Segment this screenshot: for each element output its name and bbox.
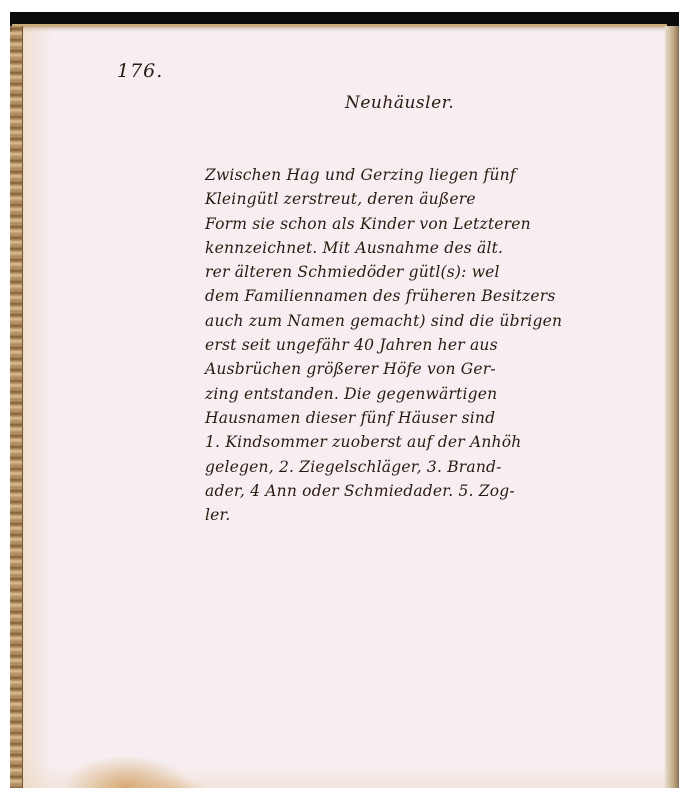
page-heading: Neuhäusler. [345, 93, 454, 113]
text-line: ler. [205, 503, 645, 527]
text-line: Kleingütl zerstreut, deren äußere [205, 187, 645, 211]
page-number: 176. [117, 60, 163, 82]
text-line: Form sie schon als Kinder von Letzteren [205, 212, 645, 236]
text-line: zing entstanden. Die gegenwärtigen [205, 382, 645, 406]
text-line: kennzeichnet. Mit Ausnahme des ält. [205, 236, 645, 260]
page-edge-left [10, 26, 23, 790]
text-line: ader, 4 Ann oder Schmiedader. 5. Zog- [205, 479, 645, 503]
page-edge-right [665, 26, 679, 790]
text-line: Hausnamen dieser fünf Häuser sind [205, 406, 645, 430]
manuscript-body: Zwischen Hag und Gerzing liegen fünf Kle… [205, 163, 645, 527]
scan-frame-bottom [10, 788, 679, 800]
text-line: gelegen, 2. Ziegelschläger, 3. Brand- [205, 455, 645, 479]
scanned-page-image: 176. Neuhäusler. Zwischen Hag und Gerzin… [0, 0, 679, 800]
text-line: Ausbrüchen größerer Höfe von Ger- [205, 357, 645, 381]
text-line: erst seit ungefähr 40 Jahren her aus [205, 333, 645, 357]
text-line: 1. Kindsommer zuoberst auf der Anhöh [205, 430, 645, 454]
text-line: Zwischen Hag und Gerzing liegen fünf [205, 163, 645, 187]
text-line: auch zum Namen gemacht) sind die übrigen [205, 309, 645, 333]
text-line: dem Familiennamen des früheren Besitzers [205, 284, 645, 308]
text-line: rer älteren Schmiedöder gütl(s): wel [205, 260, 645, 284]
